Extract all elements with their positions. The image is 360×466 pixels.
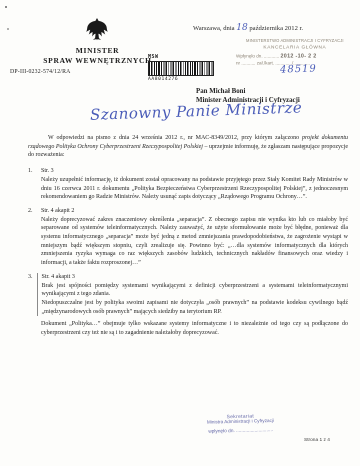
list-item: 1. Str. 3 Należy uzupełnić informację, i… xyxy=(28,167,348,202)
registry-received-label: Wpłynęło dn. ............ xyxy=(236,53,279,59)
list-item: 3. Str. 4 akapit 3 Brak jest spójności p… xyxy=(28,273,348,338)
barcode-icon xyxy=(148,61,214,76)
margin-marked-block: Str. 4 akapit 3 Brak jest spójności pomi… xyxy=(37,273,348,317)
registry-stamp-ministry: MINISTERSTWO ADMINISTRACJI I CYFRYZACJI xyxy=(236,39,354,43)
item-paragraph: Dokument „Polityka…” obejmuje tylko wska… xyxy=(41,320,348,337)
item-heading: Str. 4 akapit 3 xyxy=(42,273,349,282)
reference-number: DP-III-0232-574/12/RA xyxy=(10,69,71,75)
sender-title-line2: SPRAW WEWNĘTRZNYCH xyxy=(35,56,160,66)
barcode-label: MSW xyxy=(148,54,212,60)
registry-stamp: MINISTERSTWO ADMINISTRACJI I CYFRYZACJI … xyxy=(236,39,354,81)
list-item: 2. Str. 4 akapit 2 Należy doprecyzować z… xyxy=(28,207,348,268)
registry-stamp-office: KANCELARIA GŁÓWNA xyxy=(236,44,354,50)
intro-text-1: W odpowiedzi na pismo z dnia 24 września… xyxy=(48,135,302,141)
scanned-letter-page: MINISTER SPRAW WEWNĘTRZNYCH Warszawa, dn… xyxy=(0,0,360,466)
barcode-number: AA8014276 xyxy=(148,77,212,82)
date-suffix: października 2012 r. xyxy=(249,25,303,32)
letter-body: W odpowiedzi na pismo z dnia 24 września… xyxy=(28,134,348,338)
item-paragraph: Niedopuszczalne jest by polityka swoimi … xyxy=(42,299,349,316)
scan-speck xyxy=(5,6,7,8)
intro-paragraph: W odpowiedzi na pismo z dnia 24 września… xyxy=(28,134,348,160)
item-paragraph: Brak jest spójności pomiędzy systemami w… xyxy=(42,282,349,299)
handwritten-date-day: 18 xyxy=(236,23,247,33)
sender-title-line1: MINISTER xyxy=(35,46,160,56)
item-paragraph: Należy uzupełnić informację, iż dokument… xyxy=(41,176,348,202)
registry-received-date-stamp: 2012 -10- 2 2 xyxy=(280,52,316,58)
barcode-block: MSW AA8014276 xyxy=(148,54,212,82)
date-line: Warszawa, dnia 18 października 2012 r. xyxy=(193,23,353,33)
recipient-name: Pan Michał Boni xyxy=(196,88,300,97)
secretariat-stamp: Sekretariat Ministra Administracji i Cyf… xyxy=(178,416,302,443)
item-number: 1. xyxy=(28,167,41,202)
sender-title: MINISTER SPRAW WEWNĘTRZNYCH xyxy=(35,46,160,65)
polish-eagle-emblem-icon xyxy=(85,15,109,44)
item-number: 2. xyxy=(28,207,41,268)
item-paragraph: Należy doprecyzować zakres znaczeniowy o… xyxy=(41,216,348,268)
item-heading: Str. 3 xyxy=(41,167,348,176)
date-prefix: Warszawa, dnia xyxy=(193,25,235,32)
handwritten-registry-number: 48519 xyxy=(280,63,317,75)
handwritten-greeting: Szanowny Panie Ministrze xyxy=(90,98,310,124)
item-heading: Str. 4 akapit 2 xyxy=(41,207,348,216)
registry-stamp-received-line: Wpłynęło dn. ............ 2012 -10- 2 2 xyxy=(236,52,354,58)
scan-speck xyxy=(7,28,9,30)
page-number: Strona 1 z 4 xyxy=(304,438,330,443)
secretariat-stamp-line3: wpłynęło dn. ...........................… xyxy=(178,427,303,435)
